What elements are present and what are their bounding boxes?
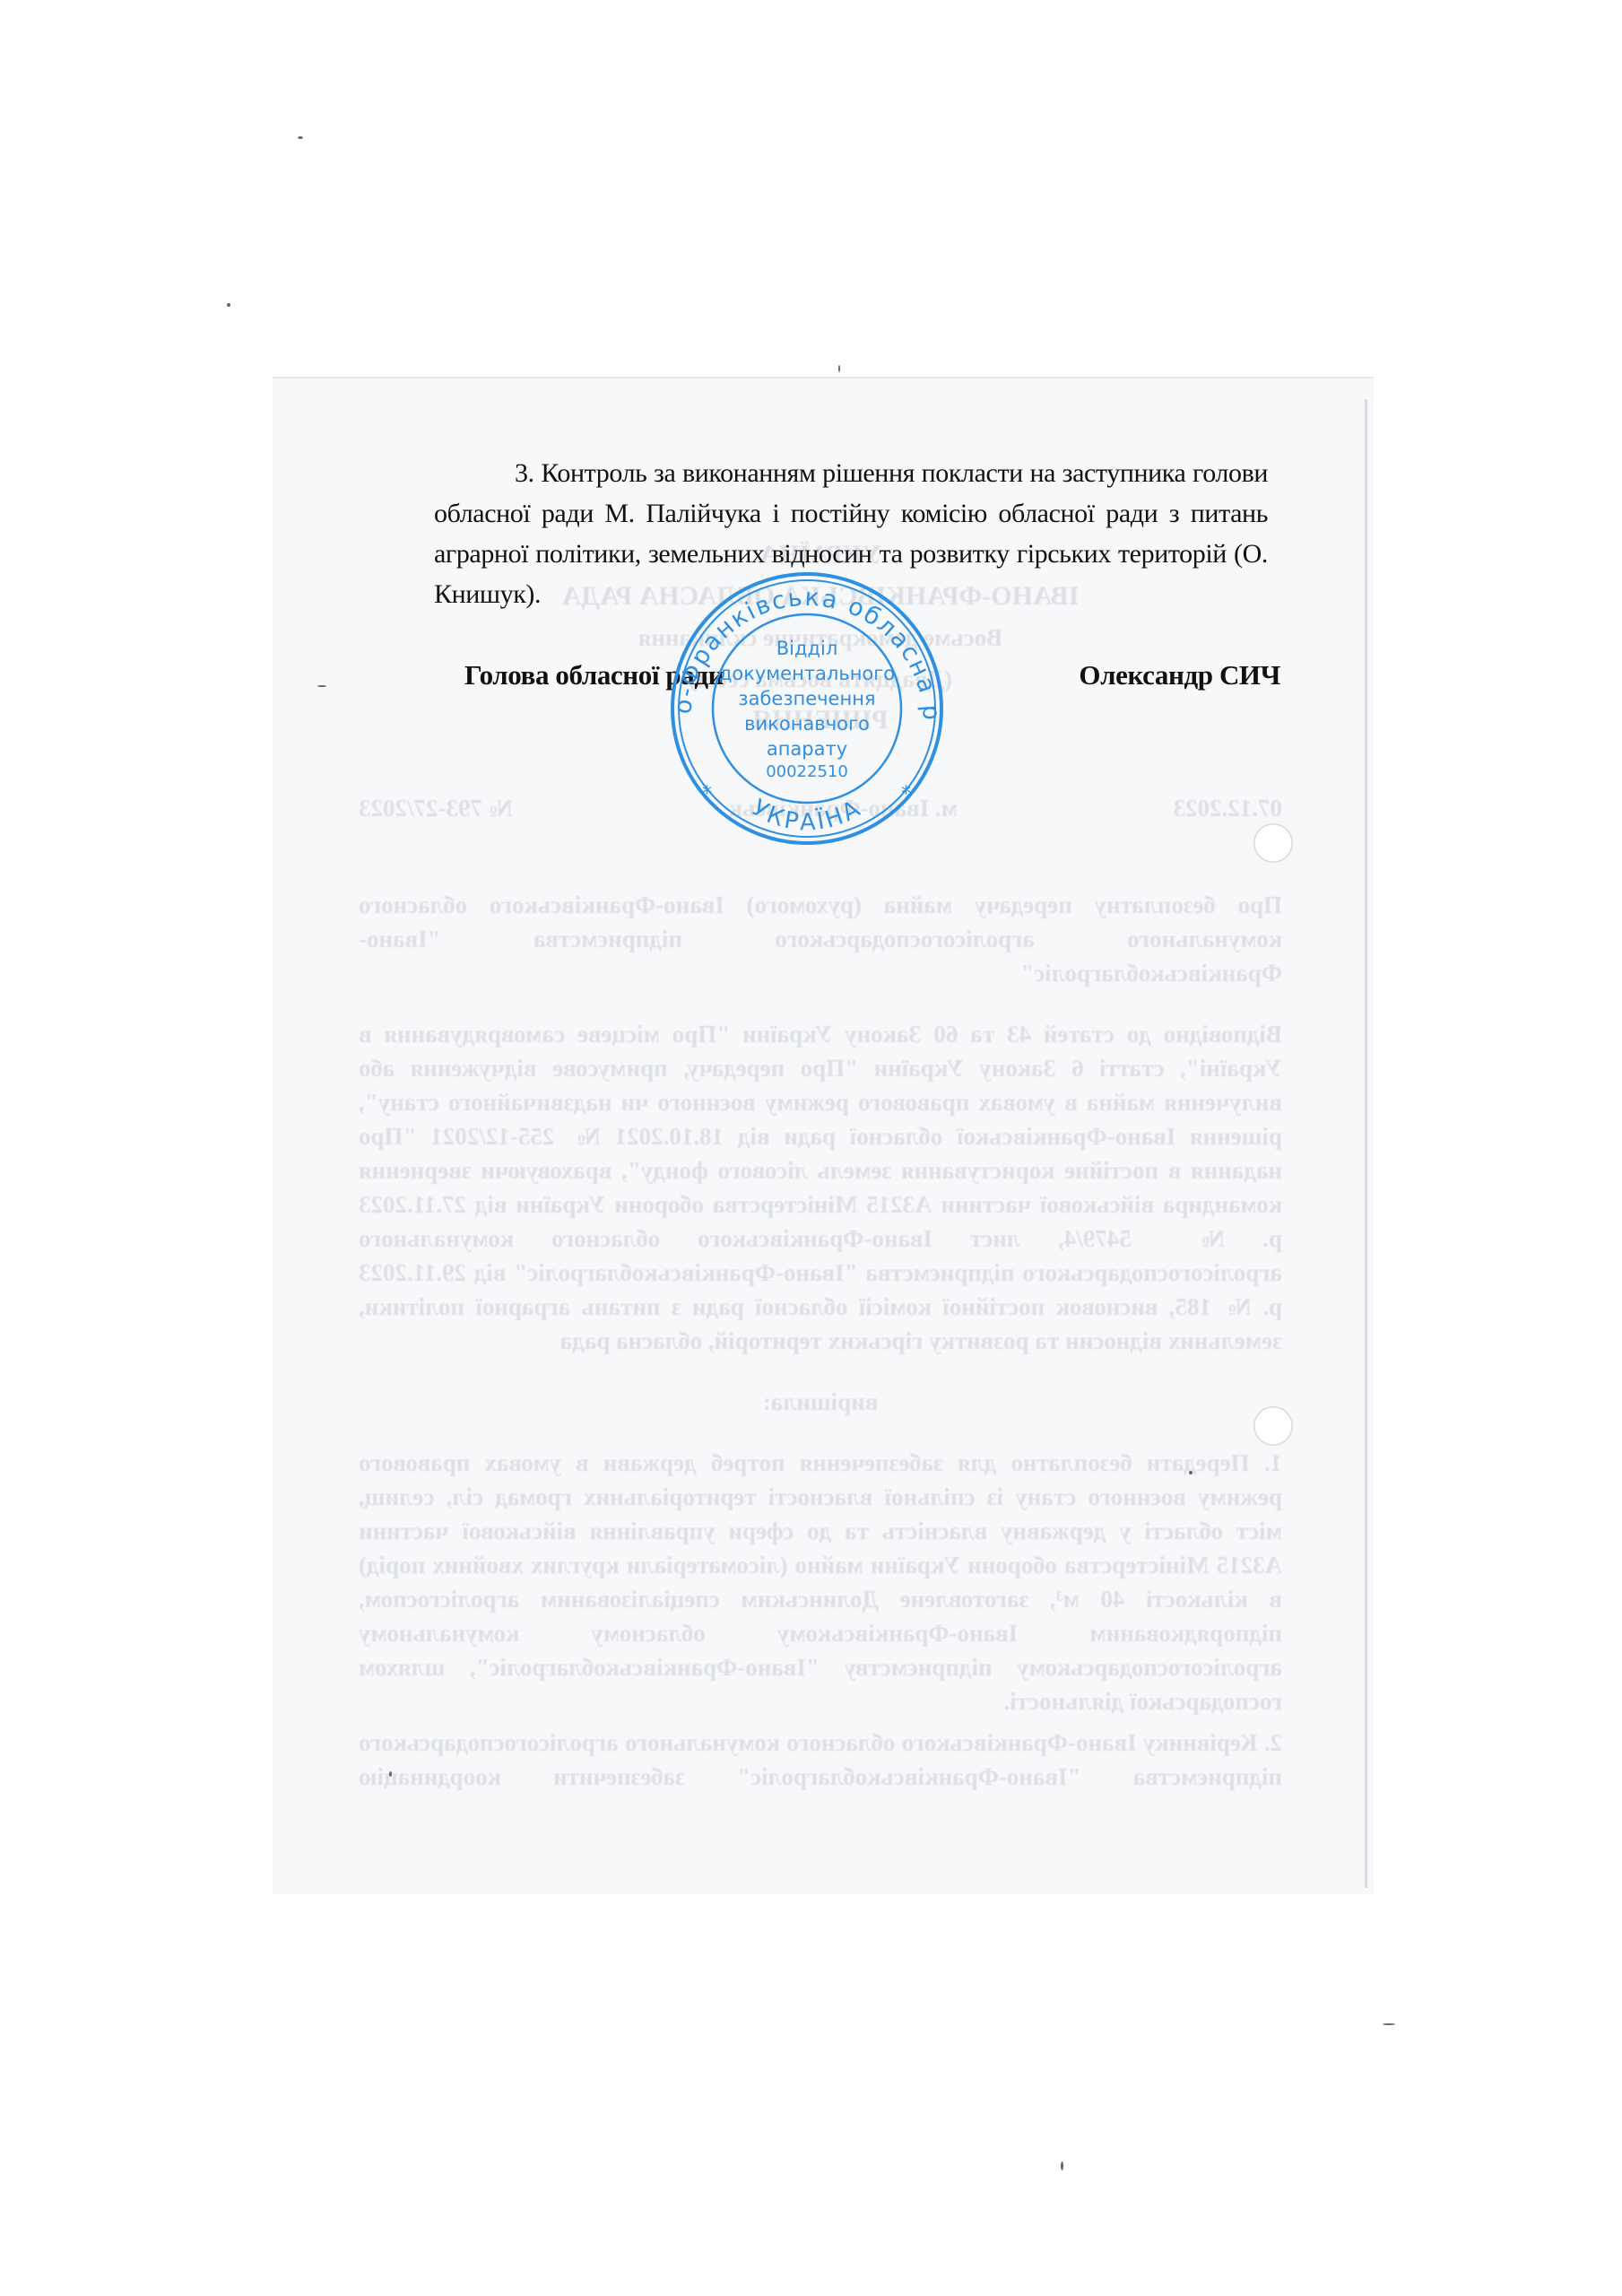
scan-speck xyxy=(298,136,303,139)
stamp-center-line: виконавчого xyxy=(744,713,870,735)
signatory-name: Олександр СИЧ xyxy=(1079,659,1280,691)
bleed-item-1: 1. Передати безоплатно для забезпечення … xyxy=(359,1446,1282,1718)
scan-speck xyxy=(317,685,326,687)
stamp-center-line: забезпечення xyxy=(738,688,875,709)
stamp-center-line: апарату xyxy=(767,738,847,760)
stamp-center-line: документального xyxy=(719,663,895,684)
bleed-preamble: Відповідно до статей 43 та 60 Закону Укр… xyxy=(359,1017,1282,1358)
scan-speck xyxy=(838,365,840,372)
stamp-star-icon: * xyxy=(901,783,911,805)
scan-speck xyxy=(227,303,230,307)
bleed-date: 07.12.2023 xyxy=(1174,791,1283,825)
bleed-title: Про безоплатну передачу майна (рухомого)… xyxy=(359,888,1282,990)
scan-speck xyxy=(1061,2161,1063,2170)
bleed-resolves: вирішила: xyxy=(359,1385,1282,1419)
scan-speck xyxy=(1383,2023,1395,2025)
official-stamp: Івано-Франківська обласна рада УКРАЇНА *… xyxy=(659,565,955,852)
scan-edge xyxy=(1365,399,1367,1888)
stamp-star-icon: * xyxy=(702,783,712,805)
scan-speck xyxy=(1189,1471,1193,1474)
scan-speck xyxy=(389,1771,392,1777)
bleed-number: № 793-27/2023 xyxy=(359,791,513,825)
stamp-center-line: Відділ xyxy=(776,638,838,659)
bleed-item-2: 2. Керівнику Івано-Франківського обласно… xyxy=(359,1726,1282,1794)
stamp-code: 00022510 xyxy=(766,762,848,781)
punch-hole xyxy=(1253,1406,1293,1446)
punch-hole xyxy=(1253,823,1293,863)
